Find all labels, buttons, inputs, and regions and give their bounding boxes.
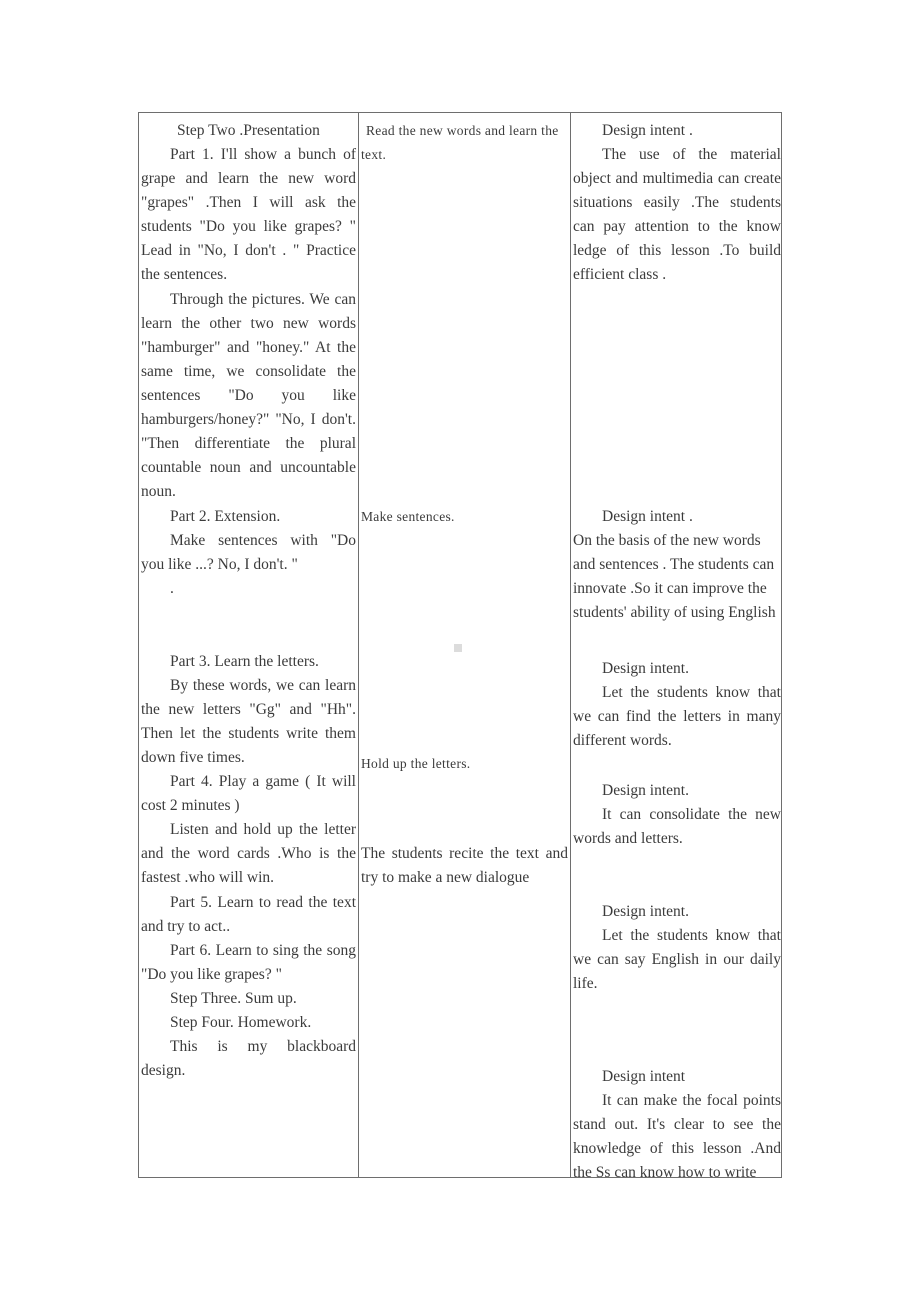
left-by-these-words-paragraph: By these words, we can learn the new let… xyxy=(141,674,356,770)
right-design-intent-heading-4: Design intent. xyxy=(573,779,781,803)
left-part1-paragraph: Part 1. I'll show a bunch of grape and l… xyxy=(141,143,356,287)
right-design-intent-heading-6: Design intent xyxy=(573,1065,781,1089)
left-part6-heading: Part 6. Learn to sing the song "Do you l… xyxy=(141,939,356,987)
left-blackboard-paragraph: This is my blackboard design. xyxy=(141,1035,356,1083)
right-design-intent-heading-2: Design intent . xyxy=(573,505,781,529)
column-design-intent: Design intent . The use of the material … xyxy=(571,113,783,1177)
right-design-intent-heading-1: Design intent . xyxy=(573,119,781,143)
right-say-english-paragraph: Let the students know that we can say En… xyxy=(573,924,781,996)
right-consolidate-paragraph: It can consolidate the new words and let… xyxy=(573,803,781,851)
right-design-intent-heading-3: Design intent. xyxy=(573,657,781,681)
mid-make-sentences-instruction: Make sentences. xyxy=(361,505,568,529)
left-part2-heading: Part 2. Extension. xyxy=(141,505,356,529)
left-part3-heading: Part 3. Learn the letters. xyxy=(141,650,356,674)
left-period-line: . xyxy=(141,577,356,601)
left-part4-heading: Part 4. Play a game ( It will cost 2 min… xyxy=(141,770,356,818)
left-step-four-heading: Step Four. Homework. xyxy=(141,1011,356,1035)
left-step-three-heading: Step Three. Sum up. xyxy=(141,987,356,1011)
left-make-sentences-paragraph: Make sentences with "Do you like ...? No… xyxy=(141,529,356,577)
mid-recite-text-paragraph: The students recite the text and try to … xyxy=(361,842,568,890)
left-listen-hold-paragraph: Listen and hold up the letter and the wo… xyxy=(141,818,356,890)
mid-read-words-instruction: Read the new words and learn the text. xyxy=(361,119,568,167)
right-material-object-paragraph: The use of the material object and multi… xyxy=(573,143,781,287)
lesson-plan-table: Step Two .Presentation Part 1. I'll show… xyxy=(138,112,782,1178)
right-focal-points-paragraph: It can make the focal points stand out. … xyxy=(573,1089,781,1185)
tiny-image-placeholder xyxy=(454,644,462,652)
column-teaching-steps: Step Two .Presentation Part 1. I'll show… xyxy=(139,113,359,1177)
left-part5-heading: Part 5. Learn to read the text and try t… xyxy=(141,891,356,939)
right-basis-new-words-paragraph: On the basis of the new words and senten… xyxy=(573,529,781,625)
left-step-two-heading: Step Two .Presentation xyxy=(141,119,356,143)
left-through-pictures-paragraph: Through the pictures. We can learn the o… xyxy=(141,288,356,504)
right-design-intent-heading-5: Design intent. xyxy=(573,900,781,924)
column-student-activities: Read the new words and learn the text. M… xyxy=(359,113,571,1177)
right-find-letters-paragraph: Let the students know that we can find t… xyxy=(573,681,781,753)
mid-hold-up-letters-instruction: Hold up the letters. xyxy=(361,752,568,776)
